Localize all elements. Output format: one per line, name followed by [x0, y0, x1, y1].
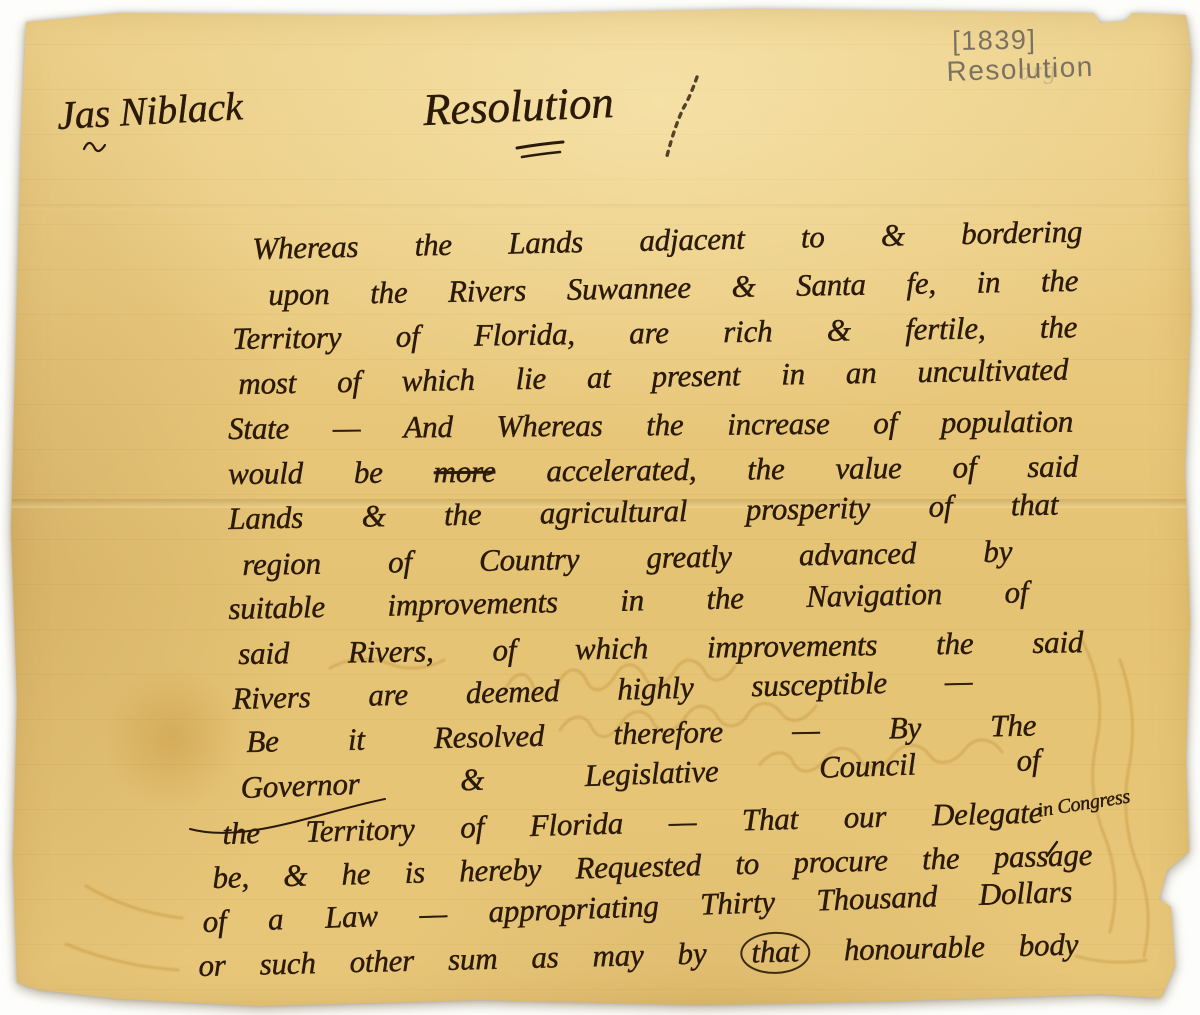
- line6-post: accelerated, the value of said: [546, 449, 1078, 489]
- heading-title: Resolution: [422, 76, 614, 136]
- line17-circled-word: that: [740, 931, 810, 975]
- ink-stain: [105, 668, 240, 808]
- line6-struck-word: more: [434, 454, 496, 490]
- pencil-resolution-annotation: Resolution: [946, 51, 1094, 88]
- line6-pre: would be: [228, 455, 383, 491]
- line17-post: honourable body: [843, 926, 1078, 967]
- scanned-document-canvas: { "document": { "archival_annotations": …: [0, 0, 1200, 1015]
- body-line-5: State — And Whereas the increase of popu…: [228, 403, 1073, 450]
- heading-author-name: Jas Niblack: [56, 82, 244, 139]
- fold-crease-top: [0, 204, 1200, 210]
- pencil-year-annotation: [1839]: [952, 25, 1037, 57]
